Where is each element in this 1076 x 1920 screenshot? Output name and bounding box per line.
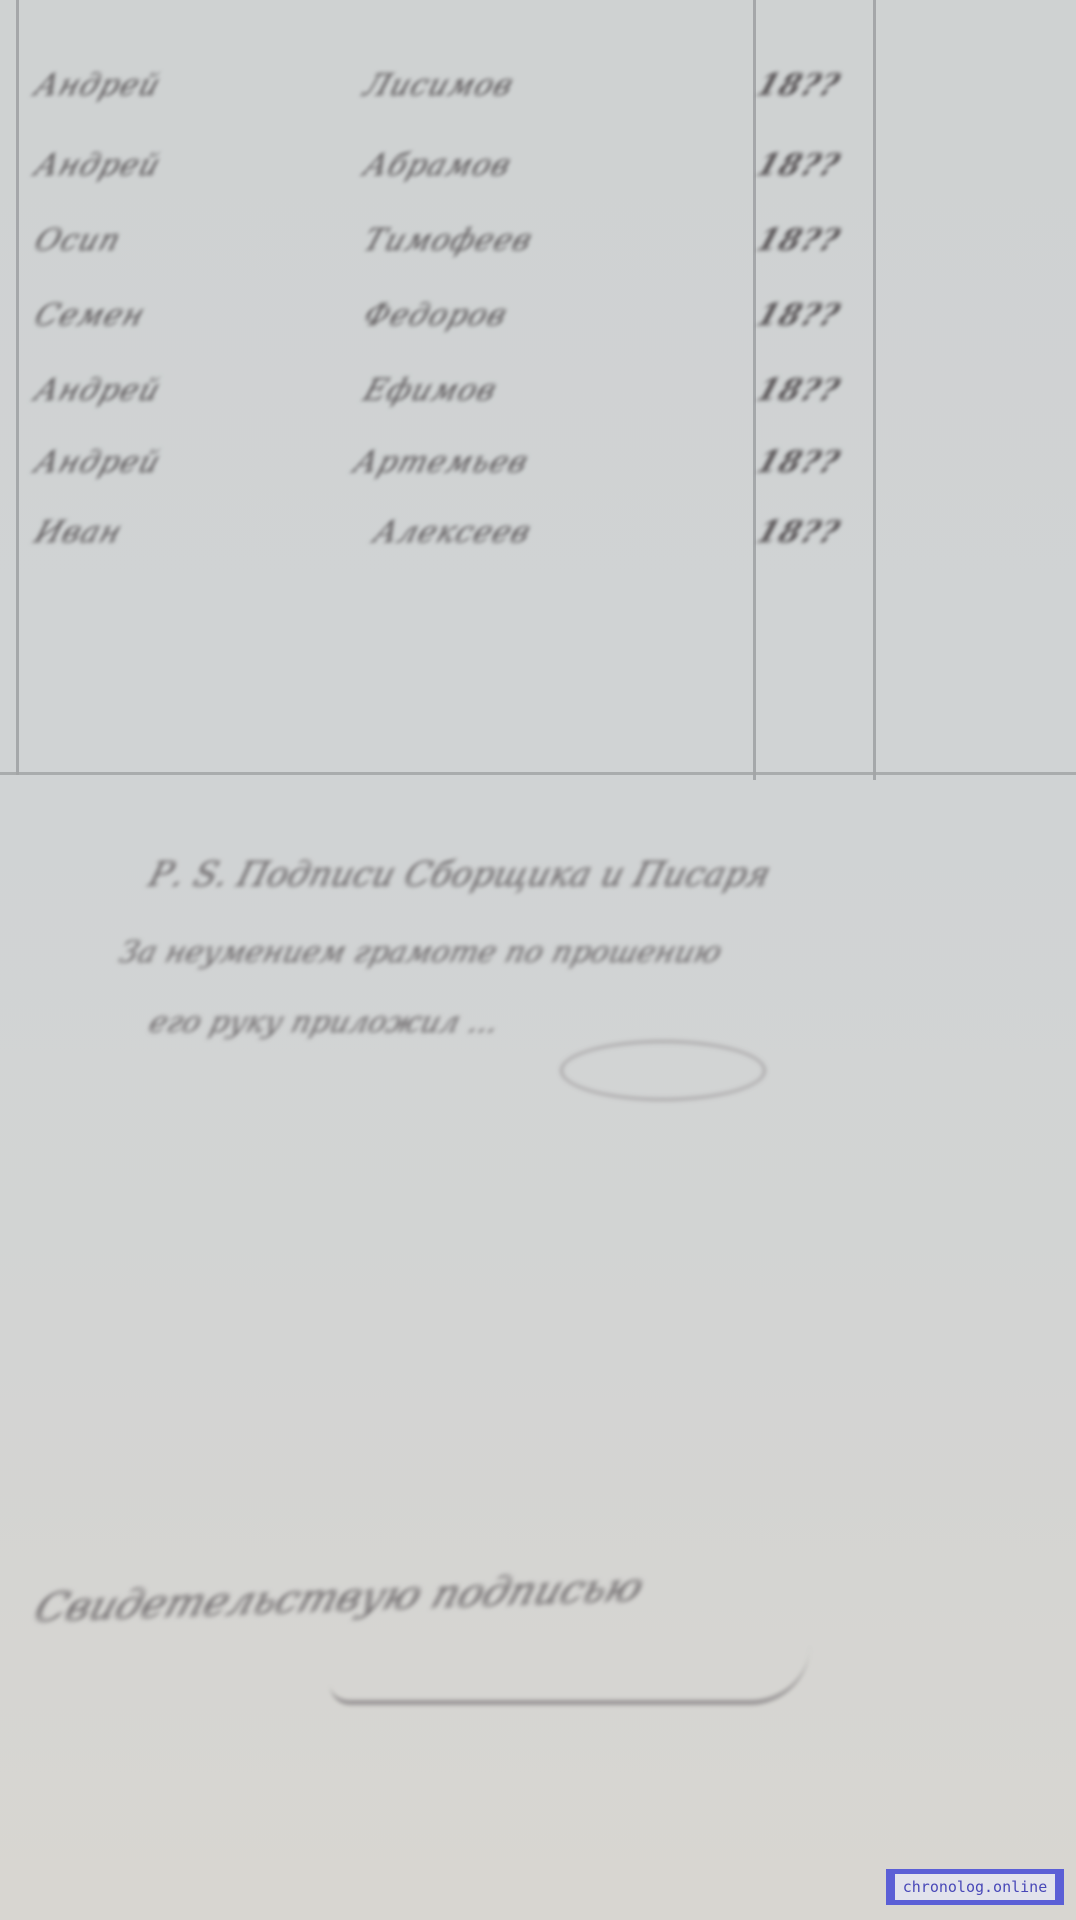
table-row: Андрей Лисимов 18??	[0, 68, 880, 128]
cell-year: 18??	[752, 373, 844, 408]
signature-flourish	[330, 1640, 810, 1705]
table-row: Семен Федоров 18??	[0, 298, 880, 358]
cell-name: Андрей	[30, 148, 165, 183]
document-page: Андрей Лисимов 18?? Андрей Абрамов 18?? …	[0, 0, 1076, 1920]
watermark-badge[interactable]: chronolog.online	[886, 1869, 1064, 1905]
cell-surname: Ефимов	[359, 373, 501, 408]
note-line: его руку приложил ...	[145, 1005, 502, 1040]
cell-name: Андрей	[30, 445, 165, 480]
table-row: Андрей Ефимов 18??	[0, 373, 880, 433]
cell-surname: Абрамов	[359, 148, 516, 183]
note-line: За неумением грамоте по прошению	[115, 935, 725, 970]
cell-surname: Артемьев	[349, 445, 533, 480]
cell-surname: Федоров	[359, 298, 512, 333]
note-line: Р. S. Подписи Сборщика и Писаря	[145, 855, 775, 895]
table-row: Андрей Артемьев 18??	[0, 445, 880, 505]
cell-year: 18??	[752, 515, 844, 550]
signature: Свидетельствую подписью	[29, 1565, 650, 1632]
cell-name: Андрей	[30, 373, 165, 408]
cell-name: Семен	[30, 298, 149, 333]
cell-year: 18??	[752, 298, 844, 333]
cell-year: 18??	[752, 148, 844, 183]
cell-year: 18??	[752, 68, 844, 103]
cell-surname: Лисимов	[359, 68, 518, 103]
table-bottom-border	[0, 772, 1076, 775]
cell-surname: Тимофеев	[359, 223, 537, 258]
seal-mark	[560, 1040, 766, 1101]
cell-surname: Алексеев	[369, 515, 536, 550]
cell-name: Андрей	[30, 68, 165, 103]
table-row: Иван Алексеев 18??	[0, 515, 880, 575]
table-row: Андрей Абрамов 18??	[0, 148, 880, 208]
cell-name: Иван	[30, 515, 127, 550]
table-row: Осип Тимофеев 18??	[0, 223, 880, 283]
cell-year: 18??	[752, 445, 844, 480]
cell-name: Осип	[30, 223, 125, 258]
watermark-text[interactable]: chronolog.online	[895, 1874, 1056, 1900]
cell-year: 18??	[752, 223, 844, 258]
